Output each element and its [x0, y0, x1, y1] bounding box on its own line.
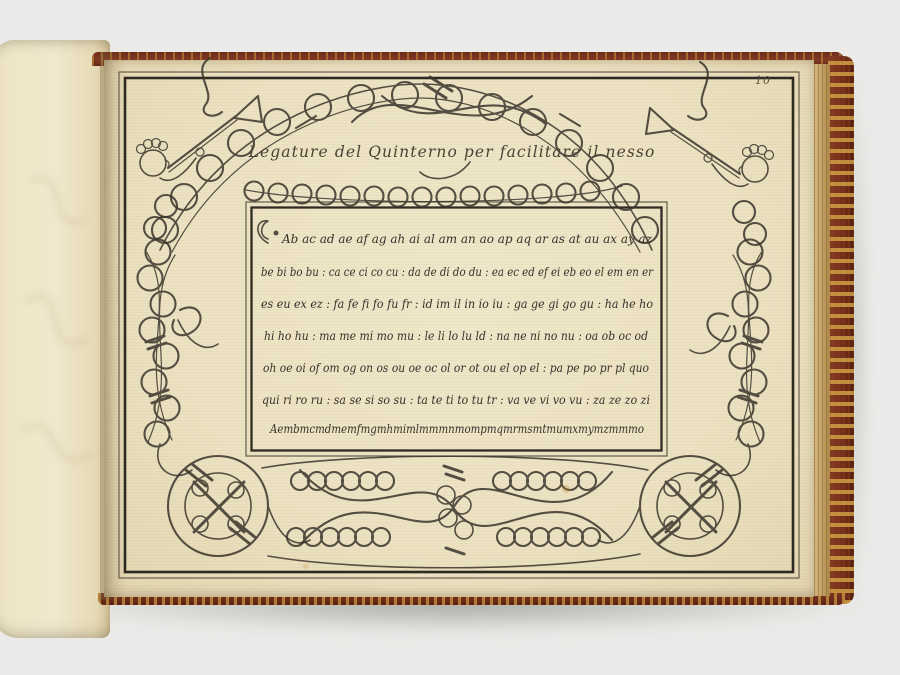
recto-page — [104, 60, 814, 597]
left-page-stack — [0, 40, 110, 638]
scene: 10 Legature del Quinterno per facilitare… — [0, 0, 900, 675]
photograph-of-open-calligraphy-book: { "plate": { "folio_number": "10", "titl… — [0, 0, 900, 675]
cover-fore-edge — [828, 56, 854, 604]
gutter-shadow — [100, 52, 126, 600]
